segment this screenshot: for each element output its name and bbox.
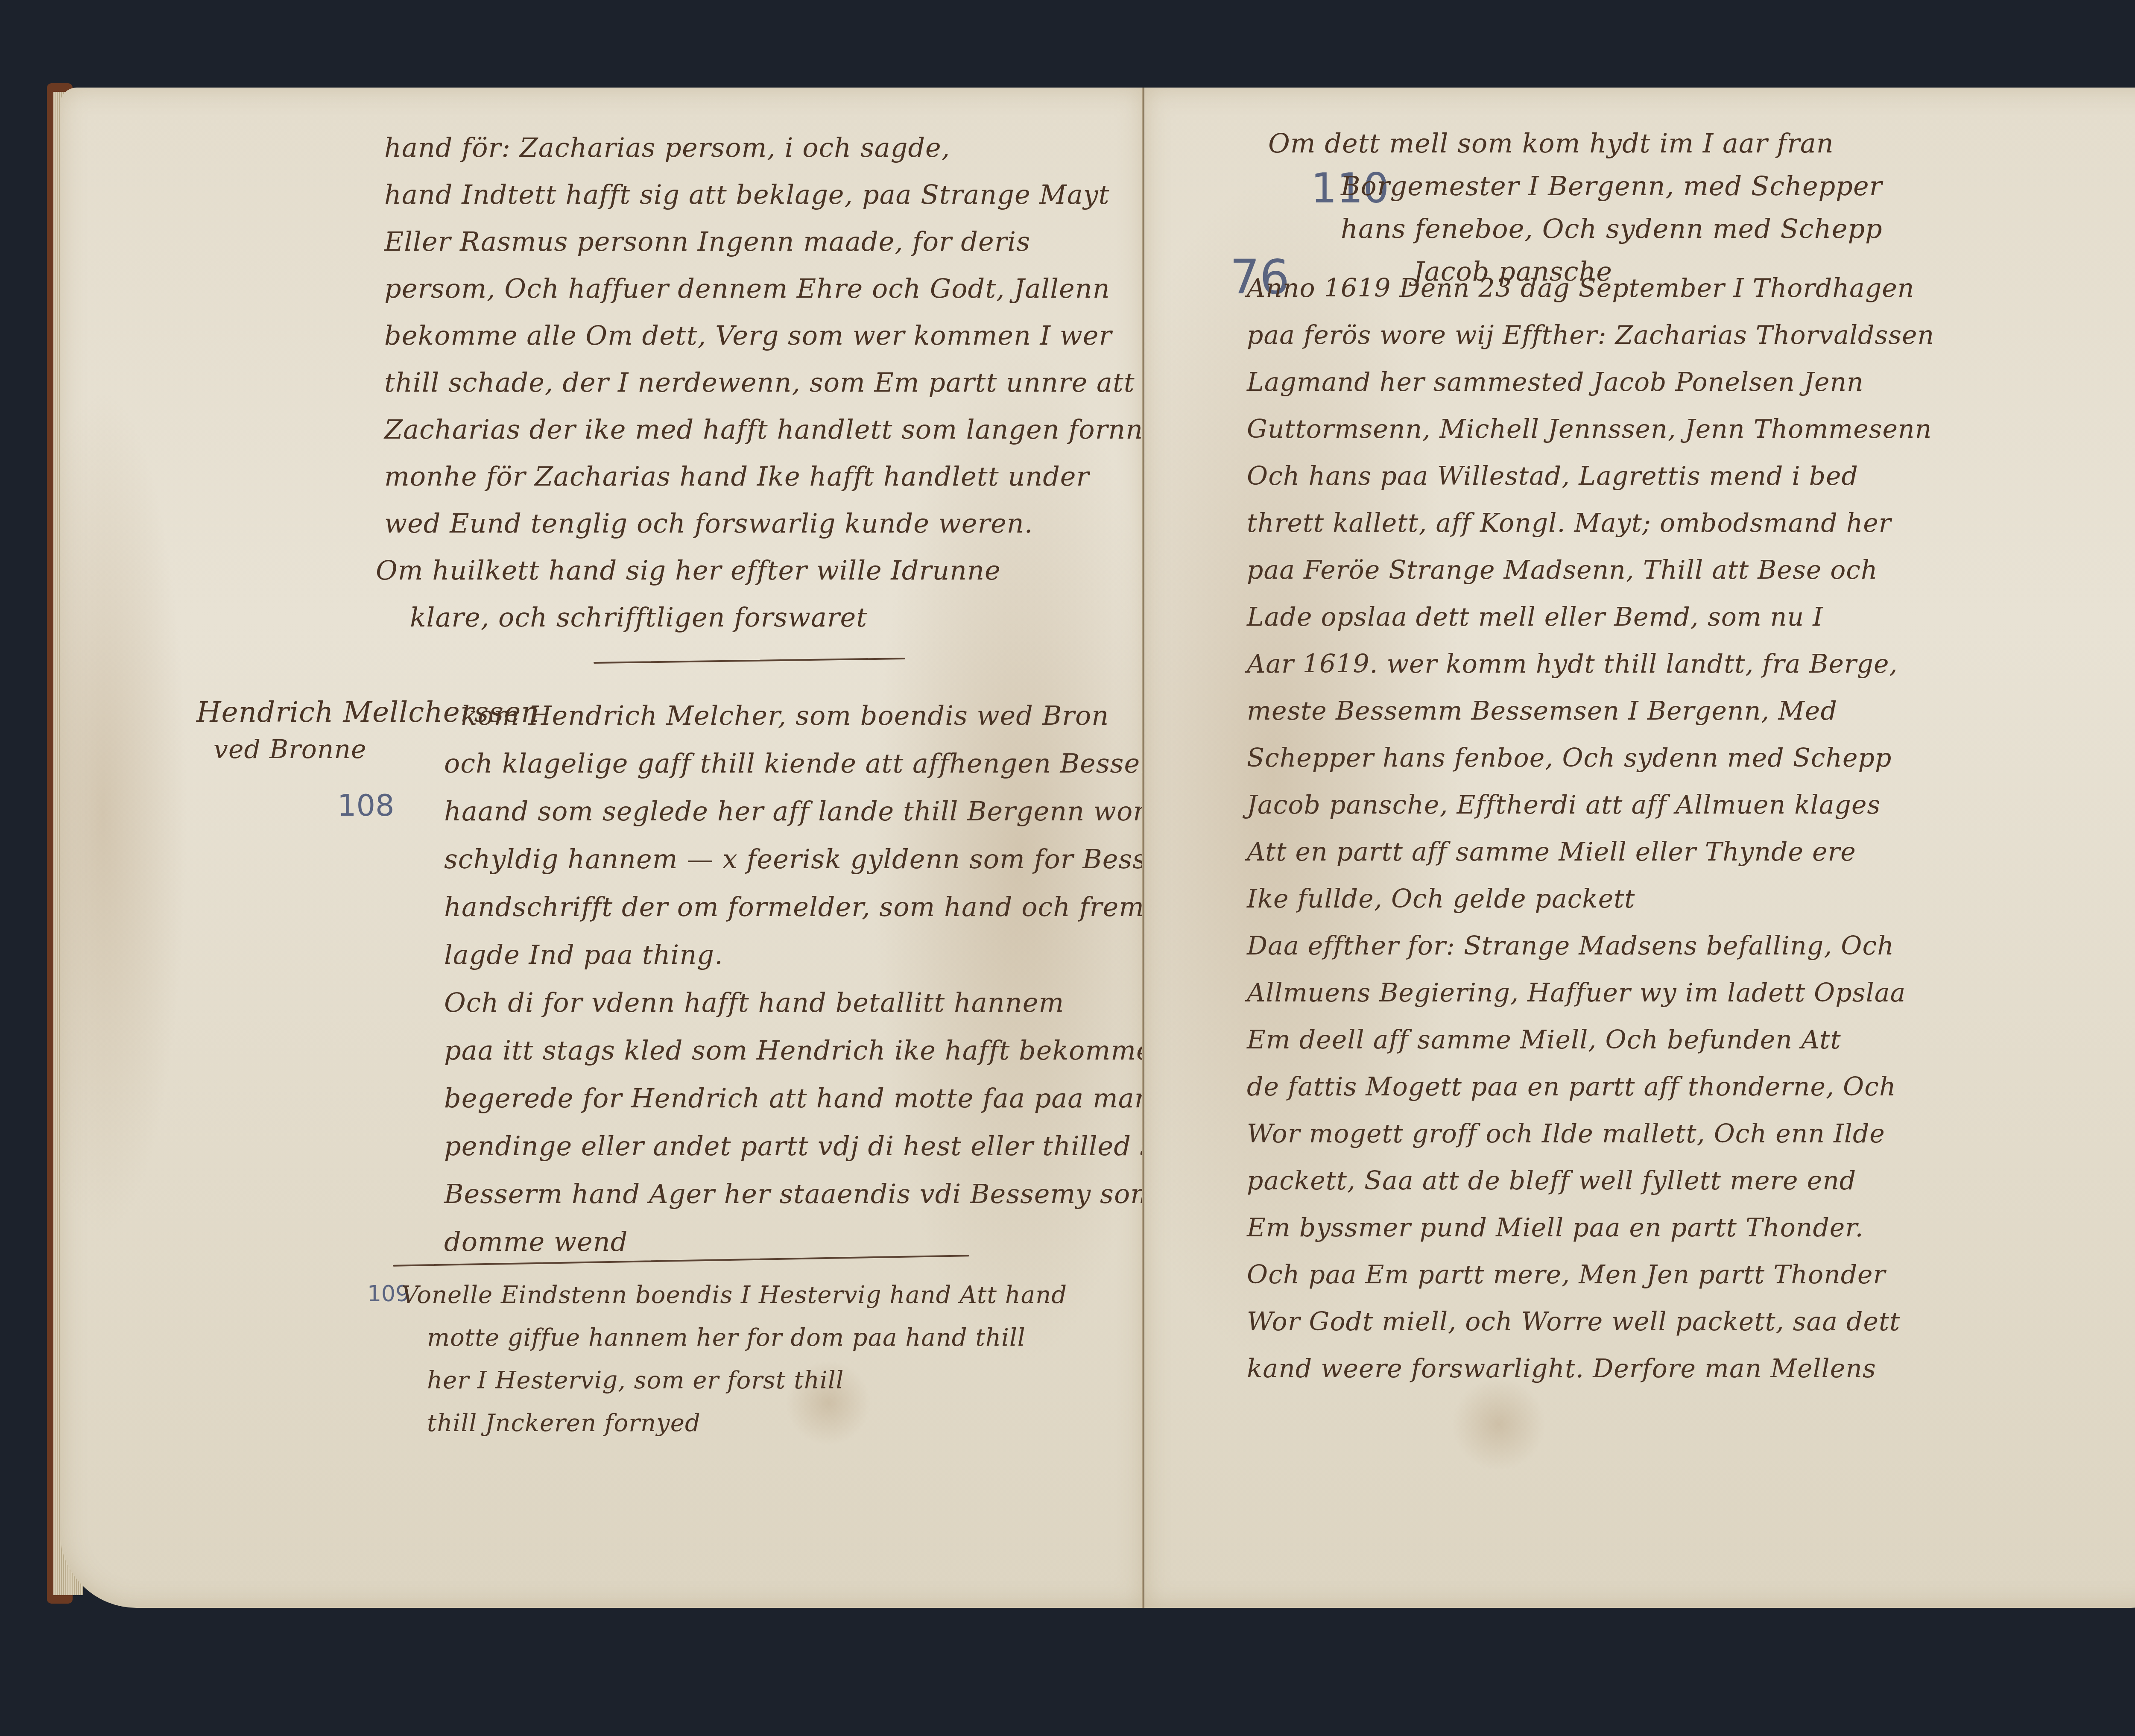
manuscript-line: Anno 1619 Denn 23 dag September I Thordh… <box>1247 275 1914 301</box>
manuscript-line: Zacharias der ike med hafft handlett som… <box>384 416 1144 443</box>
manuscript-line: Em deell aff samme Miell, Och befunden A… <box>1247 1027 1841 1053</box>
manuscript-line: Och hans paa Willestad, Lagrettis mend i… <box>1247 463 1858 489</box>
manuscript-line: meste Bessemm Bessemsen I Bergenn, Med <box>1247 698 1837 724</box>
manuscript-line: de fattis Mogett paa en partt aff thonde… <box>1247 1074 1896 1100</box>
manuscript-line: Wor mogett groff och Ilde mallett, Och e… <box>1247 1121 1885 1147</box>
mold-spot <box>1452 1377 1546 1471</box>
manuscript-line: Jacob pansche, Efftherdi att aff Allmuen… <box>1247 792 1881 818</box>
manuscript-line: thrett kallett, aff Kongl. Mayt; ombodsm… <box>1247 510 1891 536</box>
manuscript-line: kand weere forswarlight. Derfore man Mel… <box>1247 1356 1876 1382</box>
manuscript-line: Ike fullde, Och gelde packett <box>1247 886 1635 912</box>
manuscript-line: paa Feröe Strange Madsenn, Thill att Bes… <box>1247 557 1878 583</box>
manuscript-line: kom Hendrich Melcher, som boendis wed Br… <box>461 703 1109 729</box>
manuscript-line: Om huilkett hand sig her effter wille Id… <box>376 557 1001 584</box>
manuscript-line: Daa effther for: Strange Madsens befalli… <box>1247 933 1894 959</box>
manuscript-line: wed Eund tenglig och forswarlig kunde we… <box>384 510 1033 537</box>
manuscript-line: monhe för Zacharias hand Ike hafft handl… <box>384 463 1089 490</box>
manuscript-line: bekomme alle Om dett, Verg som wer komme… <box>384 322 1112 349</box>
manuscript-line: paa ferös wore wij Effther: Zacharias Th… <box>1247 322 1934 348</box>
manuscript-line: thill Jnckeren fornyed <box>427 1411 701 1435</box>
manuscript-line: hans feneboe, Och sydenn med Schepp <box>1341 216 1883 242</box>
manuscript-line: motte giffue hannem her for dom paa hand… <box>427 1326 1026 1350</box>
manuscript-line: begerede for Hendrich att hand motte faa… <box>444 1085 1144 1112</box>
manuscript-line: hand Indtett hafft sig att beklage, paa … <box>384 182 1110 208</box>
manuscript-line: Lade opslaa dett mell eller Bemd, som nu… <box>1247 604 1823 630</box>
manuscript-line: packett, Saa att de bleff well fyllett m… <box>1247 1168 1856 1194</box>
left-page: hand för: Zacharias persom, i och sagde,… <box>60 88 1144 1608</box>
manuscript-line: Lagmand her sammested Jacob Ponelsen Jen… <box>1247 369 1864 395</box>
manuscript-line: Em byssmer pund Miell paa en partt Thond… <box>1247 1215 1863 1241</box>
manuscript-line: Vonelle Eindstenn boendis I Hestervig ha… <box>401 1283 1067 1307</box>
manuscript-line: pendinge eller andet partt vdj di hest e… <box>444 1133 1144 1159</box>
section-divider <box>594 658 905 664</box>
manuscript-line: Eller Rasmus personn Ingenn maade, for d… <box>384 228 1030 255</box>
manuscript-line: thill schade, der I nerdewenn, som Em pa… <box>384 369 1135 396</box>
manuscript-line: persom, Och haffuer dennem Ehre och Godt… <box>384 275 1110 302</box>
manuscript-line: lagde Ind paa thing. <box>444 942 723 968</box>
open-book: hand för: Zacharias persom, i och sagde,… <box>47 79 2135 1612</box>
manuscript-line: Besserm hand Ager her staaendis vdi Bess… <box>444 1181 1144 1207</box>
manuscript-line: schyldig hannem — x feerisk gyldenn som … <box>444 846 1144 872</box>
manuscript-line: Och paa Em partt mere, Men Jen partt Tho… <box>1247 1262 1886 1288</box>
water-stain <box>60 386 188 1241</box>
manuscript-line: Wor Godt miell, och Worre well packett, … <box>1247 1309 1900 1335</box>
margin-name-subnote: ved Bronne <box>213 737 367 762</box>
folio-number: 108 <box>337 788 395 823</box>
manuscript-line: handschrifft der om formelder, som hand … <box>444 894 1144 920</box>
manuscript-line: paa itt stags kled som Hendrich ike haff… <box>444 1037 1144 1064</box>
manuscript-line: Schepper hans fenboe, Och sydenn med Sch… <box>1247 745 1892 771</box>
manuscript-line: her I Hestervig, som er forst thill <box>427 1369 844 1393</box>
manuscript-line: Och di for vdenn hafft hand betallitt ha… <box>444 989 1064 1016</box>
manuscript-line: hand för: Zacharias persom, i och sagde, <box>384 135 951 161</box>
manuscript-line: domme wend <box>444 1229 628 1255</box>
manuscript-line: Om dett mell som kom hydt im I aar fran <box>1268 130 1834 157</box>
manuscript-line: haand som seglede her aff lande thill Be… <box>444 798 1144 825</box>
manuscript-line: Aar 1619. wer komm hydt thill landtt, fr… <box>1247 651 1898 677</box>
right-page: 110 76 Om dett mell som kom hydt im I aa… <box>1144 88 2135 1608</box>
manuscript-line: och klagelige gaff thill kiende att affh… <box>444 750 1144 777</box>
manuscript-line: klare, och schrifftligen forswaret <box>410 604 867 631</box>
manuscript-line: Borgemester I Bergenn, med Schepper <box>1341 173 1882 199</box>
manuscript-line: Att en partt aff samme Miell eller Thynd… <box>1247 839 1856 865</box>
manuscript-line: Guttormsenn, Michell Jennssen, Jenn Thom… <box>1247 416 1932 442</box>
manuscript-line: Allmuens Begiering, Haffuer wy im ladett… <box>1247 980 1906 1006</box>
